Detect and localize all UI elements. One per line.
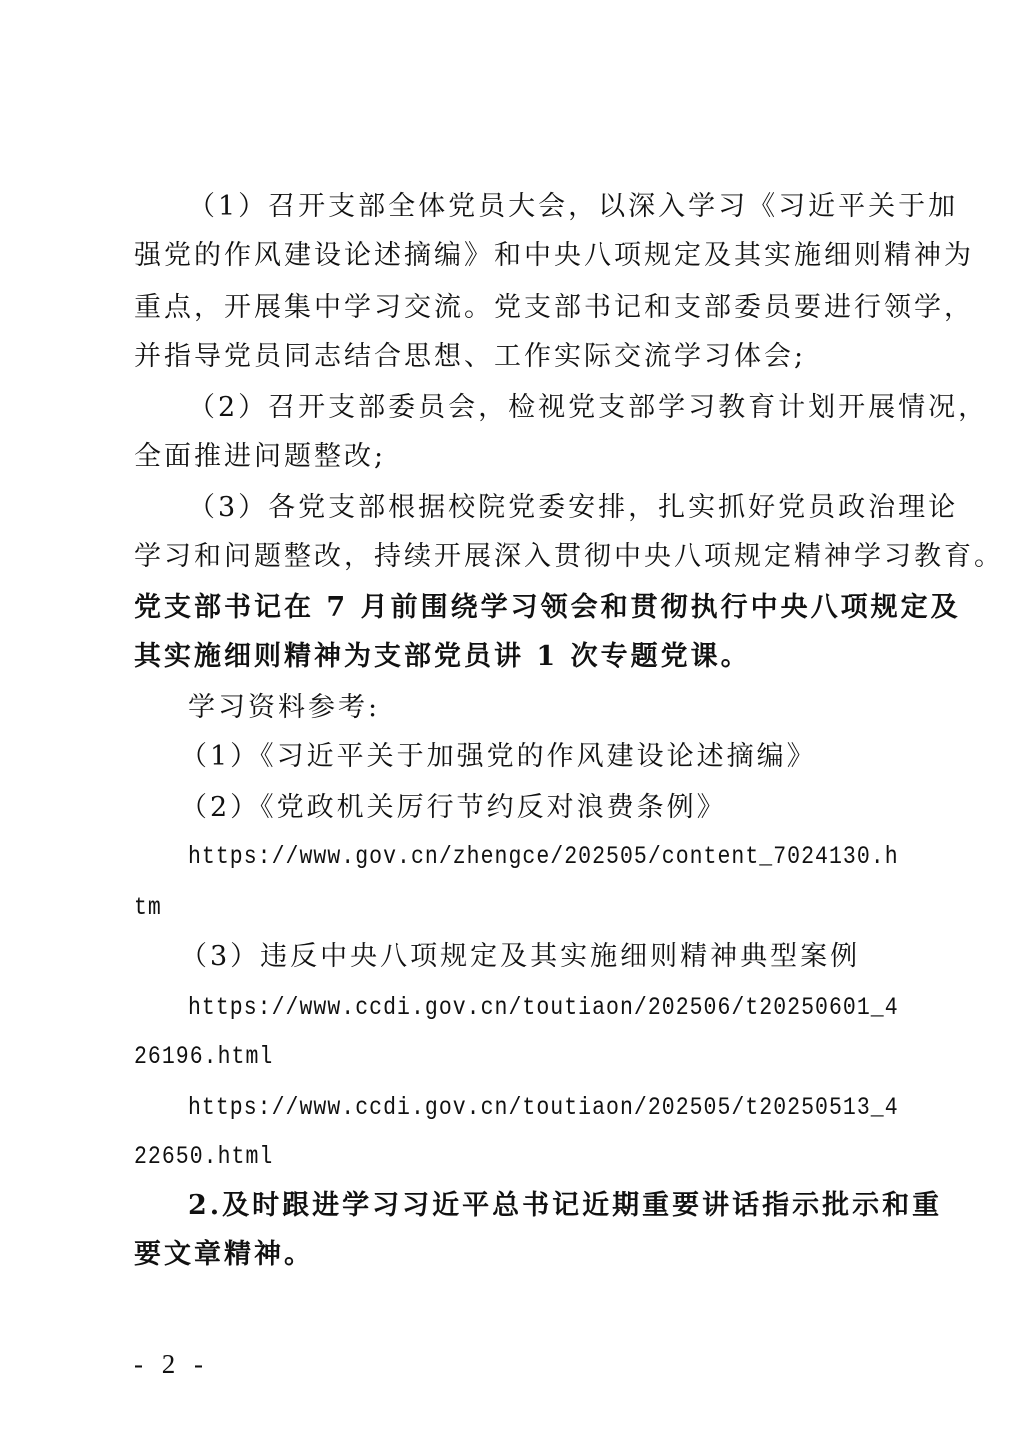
section-2-heading-line-2: 要文章精神。 bbox=[134, 1238, 914, 1272]
reference-3-url-1-line-2[interactable]: 26196.html bbox=[134, 1040, 805, 1074]
paragraph-item-1-line-2: 强党的作风建设论述摘编》和中央八项规定及其实施细则精神为 bbox=[134, 239, 914, 273]
reference-item-3: （3）违反中央八项规定及其实施细则精神典型案例 bbox=[180, 940, 960, 974]
section-2-heading-line-1: 2.及时跟进学习习近平总书记近期重要讲话指示批示和重 bbox=[188, 1189, 968, 1223]
paragraph-item-3-line-2: 学习和问题整改，持续开展深入贯彻中央八项规定精神学习教育。 bbox=[134, 540, 914, 574]
document-page: （1）召开支部全体党员大会，以深入学习《习近平关于加 强党的作风建设论述摘编》和… bbox=[0, 0, 1024, 1448]
reference-item-2: （2）《党政机关厉行节约反对浪费条例》 bbox=[180, 791, 960, 825]
paragraph-item-2-line-1: （2）召开支部委员会，检视党支部学习教育计划开展情况， bbox=[188, 391, 968, 425]
reference-3-url-2-line-1[interactable]: https://www.ccdi.gov.cn/toutiaon/202505/… bbox=[188, 1091, 859, 1125]
reference-item-1: （1）《习近平关于加强党的作风建设论述摘编》 bbox=[180, 740, 960, 774]
reference-2-url-line-2[interactable]: tm bbox=[134, 891, 805, 925]
reference-2-url-line-1[interactable]: https://www.gov.cn/zhengce/202505/conten… bbox=[188, 840, 859, 874]
page-number: - 2 - bbox=[134, 1349, 209, 1380]
reference-3-url-2-line-2[interactable]: 22650.html bbox=[134, 1140, 805, 1174]
bold-note-line-2: 其实施细则精神为支部党员讲 1 次专题党课。 bbox=[134, 640, 914, 674]
paragraph-item-1-line-3: 重点，开展集中学习交流。党支部书记和支部委员要进行领学， bbox=[134, 291, 914, 325]
paragraph-item-3-line-1: （3）各党支部根据校院党委安排，扎实抓好党员政治理论 bbox=[188, 491, 968, 525]
bold-note-line-1: 党支部书记在 7 月前围绕学习领会和贯彻执行中央八项规定及 bbox=[134, 591, 914, 625]
paragraph-item-1-line-4: 并指导党员同志结合思想、工作实际交流学习体会; bbox=[134, 340, 914, 374]
paragraph-item-2-line-2: 全面推进问题整改; bbox=[134, 440, 914, 474]
references-heading: 学习资料参考: bbox=[188, 691, 968, 725]
paragraph-item-1-line-1: （1）召开支部全体党员大会，以深入学习《习近平关于加 bbox=[188, 190, 968, 224]
reference-3-url-1-line-1[interactable]: https://www.ccdi.gov.cn/toutiaon/202506/… bbox=[188, 991, 859, 1025]
